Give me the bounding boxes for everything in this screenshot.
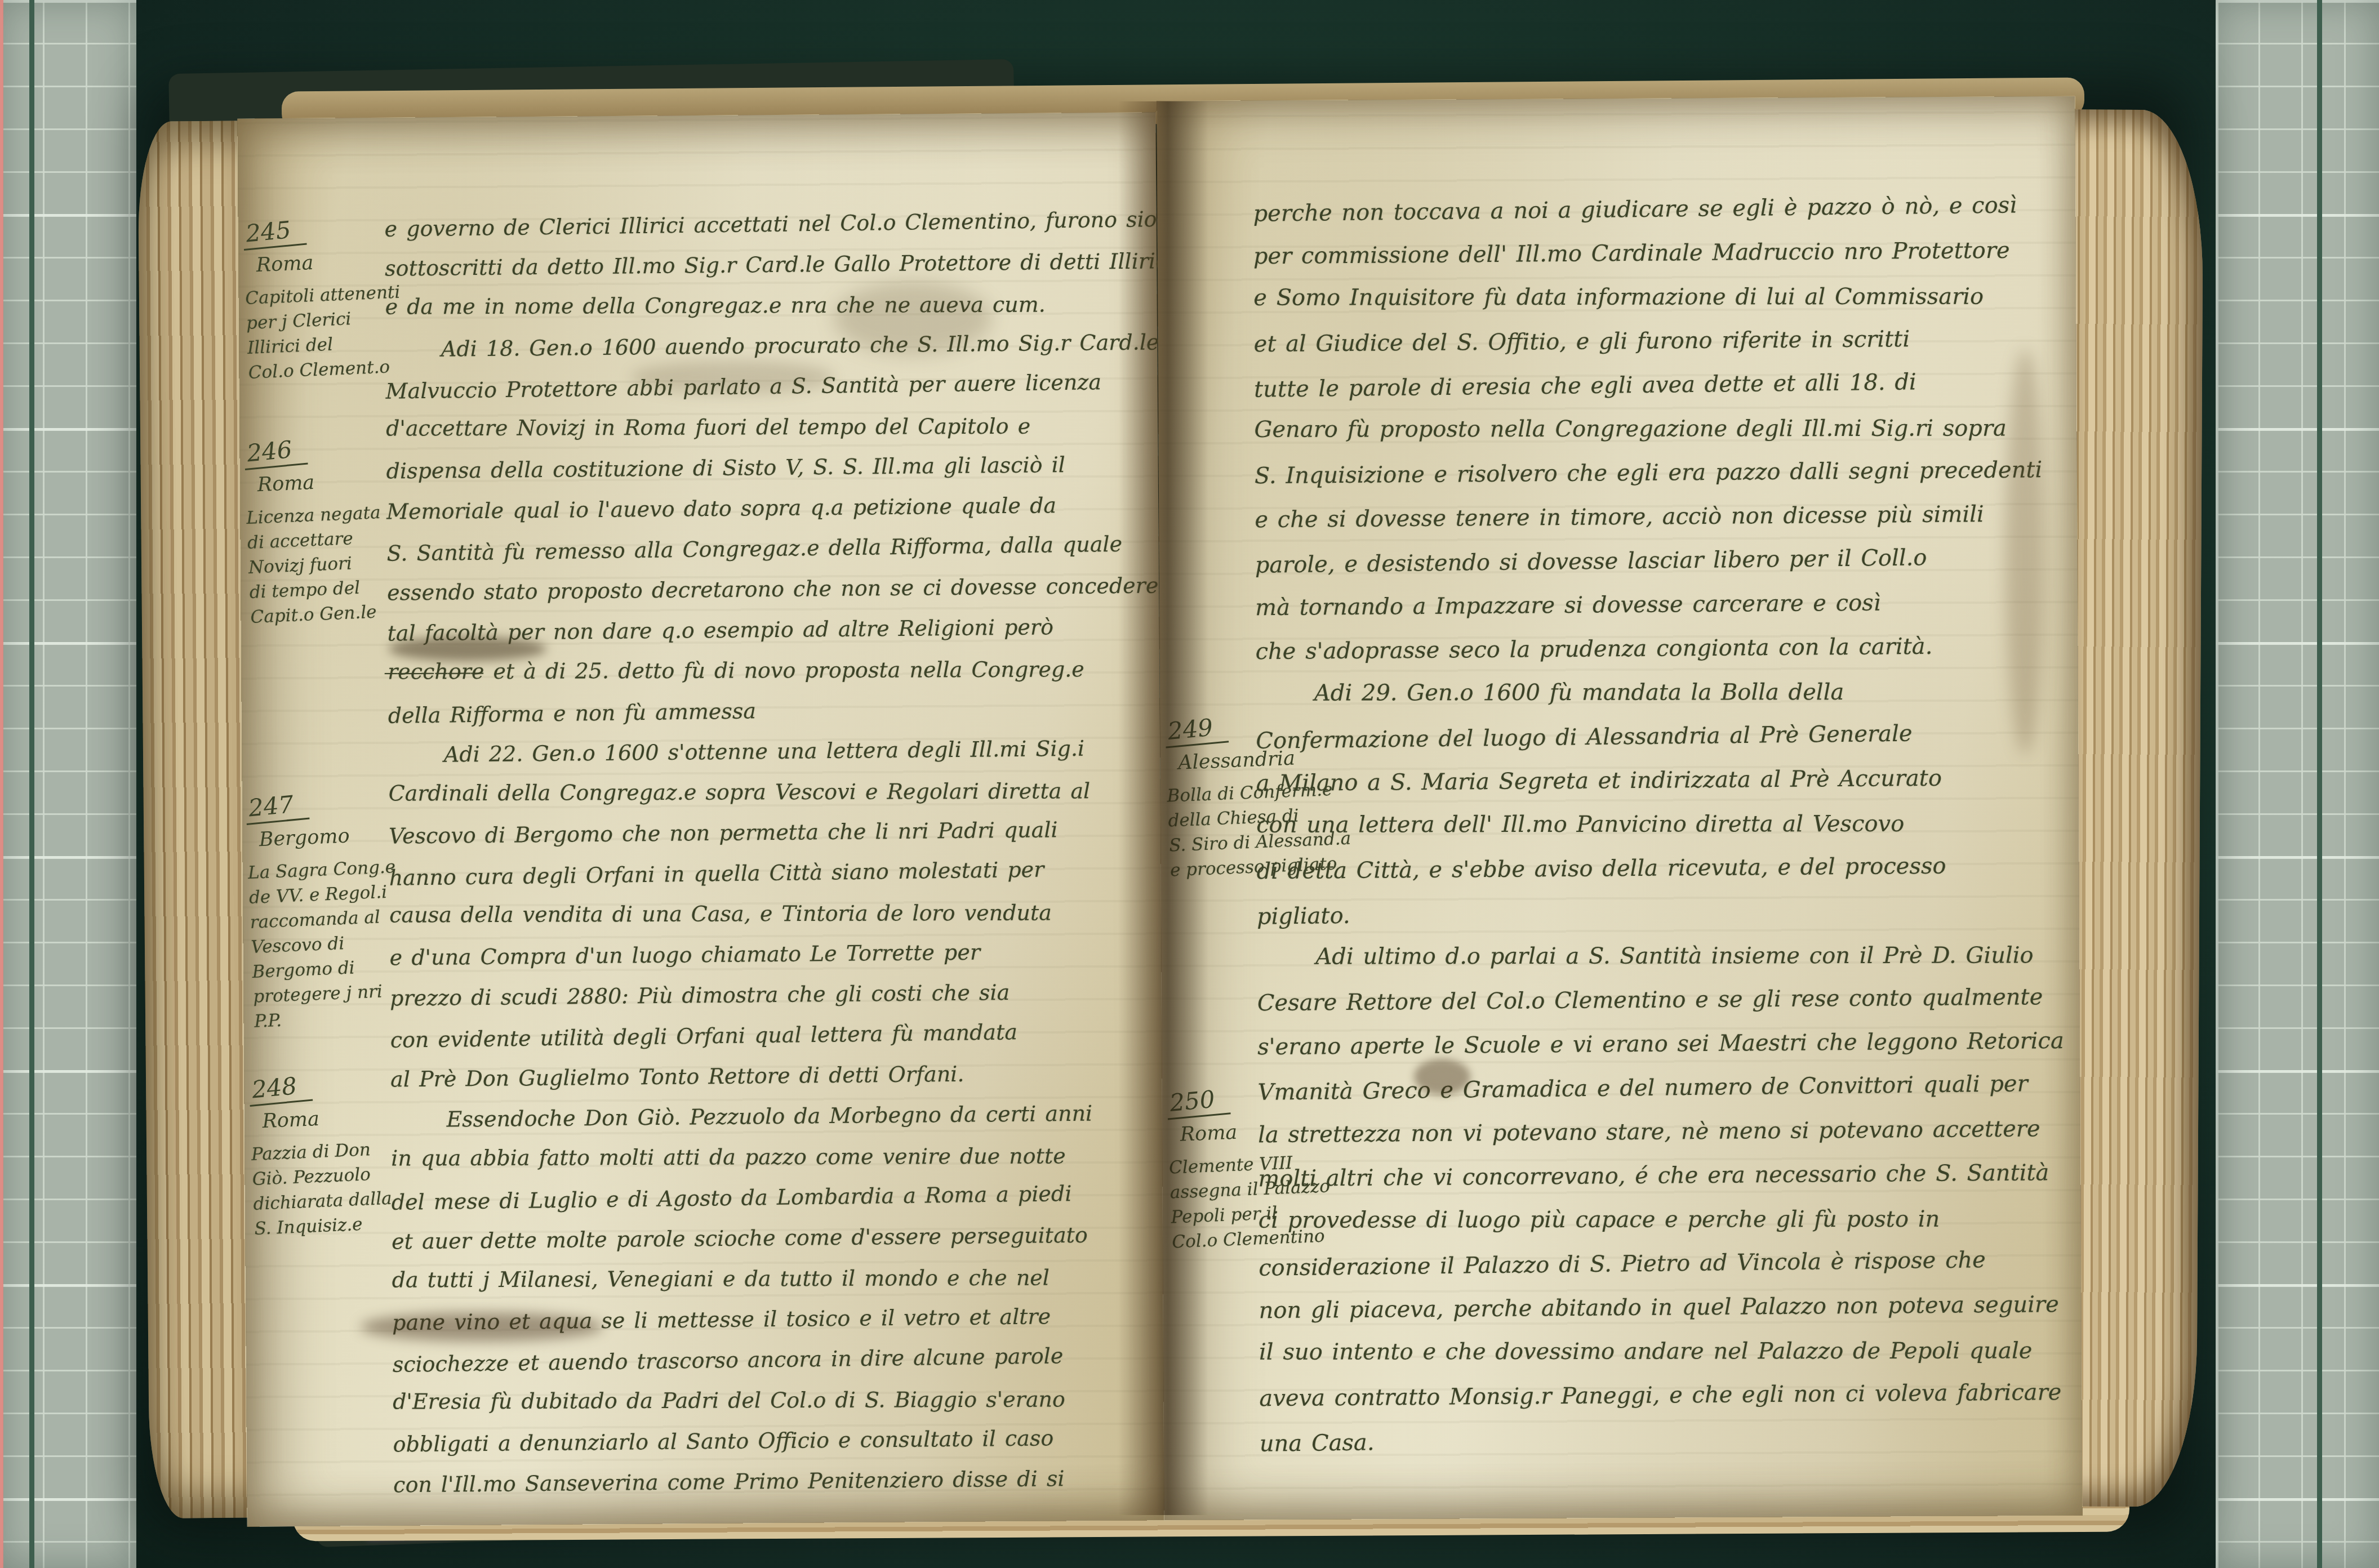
left-manuscript-page: 245 Roma Capitoli attenentiper j Clerici… — [237, 112, 1165, 1526]
green-edge-line — [2317, 0, 2322, 1568]
entry-number: 247 — [244, 791, 309, 825]
left-page-handwritten-text: e governo de Clerici Illirici accettati … — [384, 202, 1126, 1504]
entry-number: 246 — [242, 436, 308, 470]
book-gutter-shadow — [1118, 101, 1208, 1515]
right-page-handwritten-text: perche non toccava a noi a giudicare se … — [1253, 185, 2065, 1463]
right-calibration-grid — [2216, 0, 2379, 1568]
pink-edge-line — [0, 0, 3, 1568]
entry-number: 245 — [241, 216, 306, 251]
entry-number: 248 — [247, 1072, 313, 1107]
right-manuscript-page: 249 Alessandria Bolla di Conferm.edella … — [1157, 96, 2082, 1521]
green-edge-line — [29, 0, 34, 1568]
photograph-of-manuscript: 245 Roma Capitoli attenentiper j Clerici… — [0, 0, 2379, 1568]
left-calibration-grid — [0, 0, 136, 1568]
